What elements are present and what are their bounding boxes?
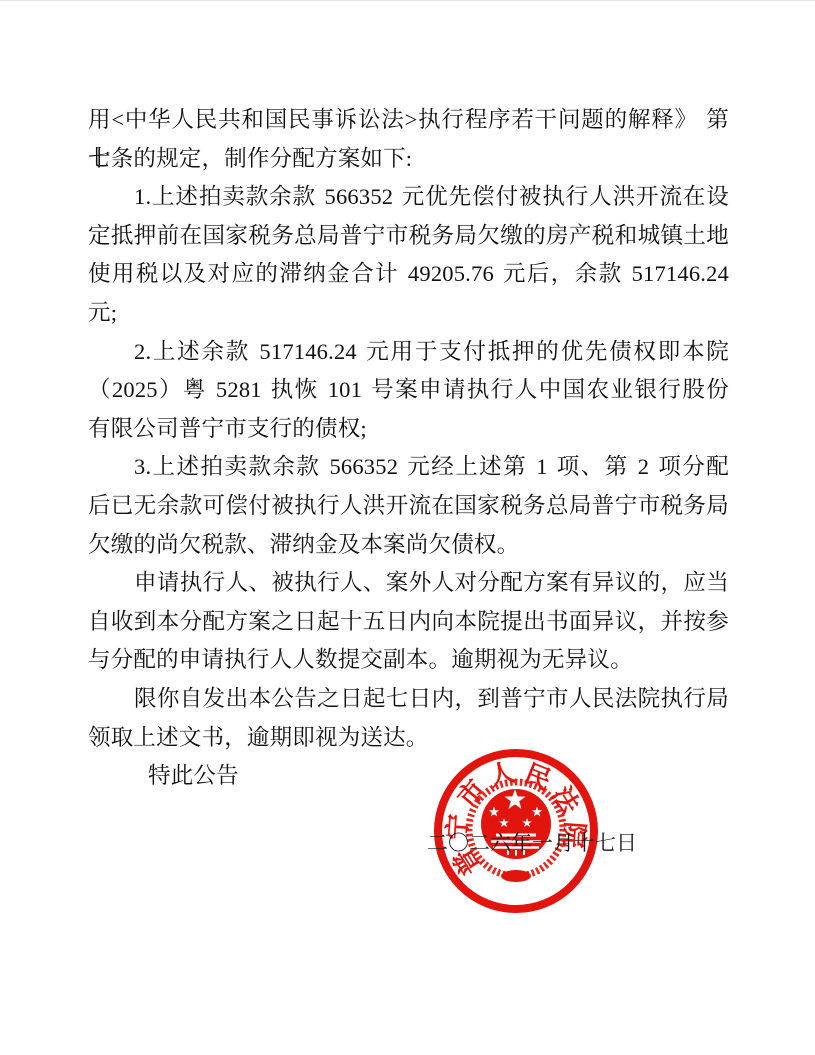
- text-line: 欠缴的尚欠税款、滞纳金及本案尚欠债权。: [88, 526, 729, 565]
- text-line: 定抵押前在国家税务总局普宁市税务局欠缴的房产税和城镇土地: [88, 217, 729, 256]
- gear-icon: [501, 870, 531, 882]
- document-body: 用<中华人民共和国民事诉讼法>执行程序若干问题的解释》 第十七条的规定，制作分配…: [88, 101, 729, 796]
- text-line: 元;: [88, 294, 729, 333]
- text-line: 限你自发出本公告之日起七日内，到普宁市人民法院执行局: [88, 680, 729, 719]
- text-line: 特此公告: [88, 757, 729, 796]
- text-line: 有限公司普宁市支行的债权;: [88, 410, 729, 449]
- text-line: （2025）粤 5281 执恢 101 号案申请执行人中国农业银行股份: [88, 371, 729, 410]
- text-line: 自收到本分配方案之日起十五日内向本院提出书面异议，并按参: [88, 603, 729, 642]
- text-line: 2.上述余款 517146.24 元用于支付抵押的优先债权即本院: [88, 333, 729, 372]
- text-line: 申请执行人、被执行人、案外人对分配方案有异议的，应当: [88, 564, 729, 603]
- issue-date: 二〇二六年一月十七日: [427, 832, 637, 854]
- text-line: 用<中华人民共和国民事诉讼法>执行程序若干问题的解释》 第十: [88, 101, 729, 140]
- text-line: 3.上述拍卖款余款 566352 元经上述第 1 项、第 2 项分配: [88, 448, 729, 487]
- text-line: 1.上述拍卖款余款 566352 元优先偿付被执行人洪开流在设: [88, 178, 729, 217]
- seal-character: 人: [486, 757, 518, 791]
- text-line: 领取上述文书，逾期即视为送达。: [88, 719, 729, 758]
- text-line: 使用税以及对应的滞纳金合计 49205.76 元后，余款 517146.24: [88, 255, 729, 294]
- text-line: 后已无余款可偿付被执行人洪开流在国家税务总局普宁市税务局: [88, 487, 729, 526]
- text-line: 七条的规定，制作分配方案如下:: [88, 140, 729, 179]
- text-line: 与分配的申请执行人人数提交副本。逾期视为无异议。: [88, 641, 729, 680]
- document-page: 用<中华人民共和国民事诉讼法>执行程序若干问题的解释》 第十七条的规定，制作分配…: [0, 0, 815, 1055]
